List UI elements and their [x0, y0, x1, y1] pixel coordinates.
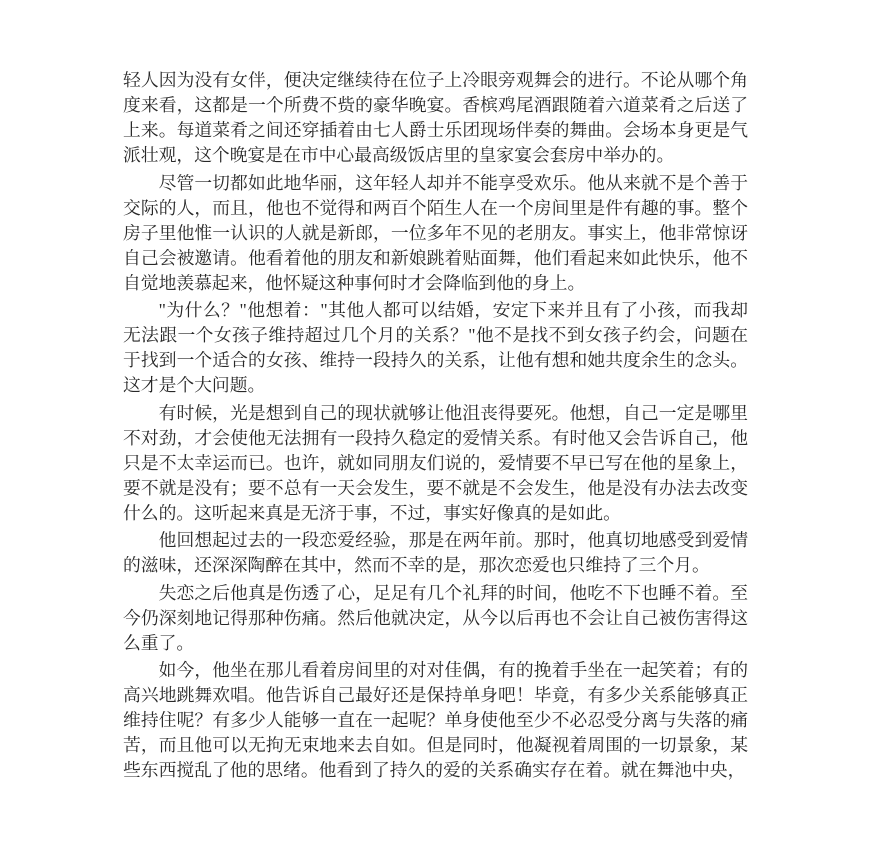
paragraph: 如今，他坐在那儿看着房间里的对对佳偶，有的挽着手坐在一起笑着；有的高兴地跳舞欢唱… [123, 658, 748, 783]
paragraph: "为什么？"他想着："其他人都可以结婚，安定下来并且有了小孩，而我却无法跟一个女… [123, 298, 748, 398]
document-page: 轻人因为没有女伴，便决定继续待在位子上冷眼旁观舞会的进行。不论从哪个角度来看，这… [123, 68, 748, 786]
paragraph: 失恋之后他真是伤透了心，足足有几个礼拜的时间，他吃不下也睡不着。至今仍深刻地记得… [123, 581, 748, 656]
paragraph: 轻人因为没有女伴，便决定继续待在位子上冷眼旁观舞会的进行。不论从哪个角度来看，这… [123, 68, 748, 168]
paragraph: 有时候，光是想到自己的现状就够让他沮丧得要死。他想，自己一定是哪里不对劲，才会使… [123, 401, 748, 526]
paragraph: 尽管一切都如此地华丽，这年轻人却并不能享受欢乐。他从来就不是个善于交际的人，而且… [123, 171, 748, 296]
paragraph: 他回想起过去的一段恋爱经验，那是在两年前。那时，他真切地感受到爱情的滋味，还深深… [123, 528, 748, 578]
